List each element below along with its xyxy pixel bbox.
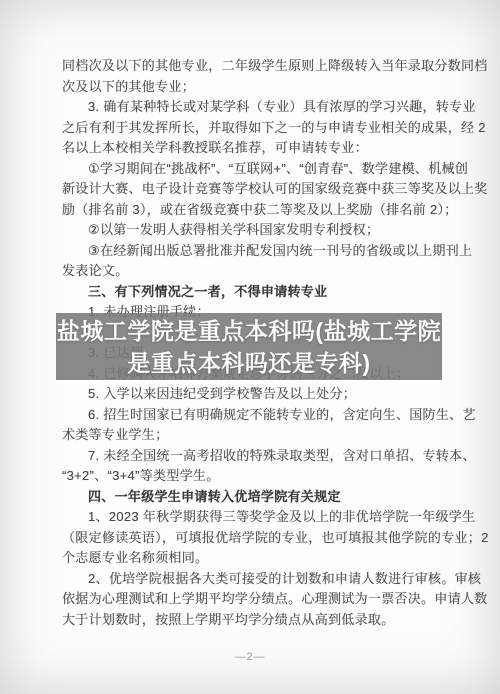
doc-line: 3. 确有某种特长或对某学科（专业）具有浓厚的学习兴趣，转专业	[62, 97, 458, 118]
doc-line: 依据为心理测试和上学期平均学分绩点。心理测试为一票否决。申请人数	[62, 589, 458, 610]
doc-line: 个志愿专业名称须相同。	[62, 548, 458, 569]
page-number: —2—	[0, 651, 500, 663]
doc-line: 励（排名前 3），或在省级竞赛中获二等奖及以上奖励（排名前 2）；	[62, 200, 458, 221]
doc-line: ③在经新闻出版总署批准并配发国内统一刊号的省级或以上期刊上	[62, 241, 458, 262]
overlay-title-line1: 盐城工学院是重点本科吗(盐城工学院	[57, 315, 441, 347]
doc-line: 1、2023 年秋学期获得三等奖学金及以上的非优培学院一年级学生	[62, 507, 458, 528]
document-scan: 同档次及以下的其他专业，二年级学生原则上降级转入当年录取分数同档 次及以下的其他…	[0, 0, 500, 694]
doc-line: 同档次及以下的其他专业，二年级学生原则上降级转入当年录取分数同档	[62, 56, 458, 77]
doc-line: 5. 入学以来因违纪受到学校警告及以上处分；	[62, 384, 458, 405]
section-heading-3: 三、有下列情况之一者，不得申请转专业	[62, 282, 458, 303]
doc-line: 6. 招生时国家已有明确规定不能转专业的，含定向生、国防生、艺	[62, 405, 458, 426]
doc-line: 次及以下的其他专业；	[62, 77, 458, 98]
doc-line: 新设计大赛、电子设计竞赛等学校认可的国家级竞赛中获三等奖及以上奖	[62, 179, 458, 200]
doc-line: 2、优培学院根据各大类可接受的计划数和申请人数进行审核。审核	[62, 569, 458, 590]
doc-line: 术类等专业学生；	[62, 425, 458, 446]
doc-line: （限定修读英语），可填报优培学院的专业，也可填报其他学院的专业；2	[62, 528, 458, 549]
doc-line: “3+2”、“3+4”等类型学生。	[62, 466, 458, 487]
doc-line: 之后有利于其发挥所长，并取得如下之一的与申请专业相关的成果，经 2	[62, 118, 458, 139]
doc-line: 发表论文。	[62, 261, 458, 282]
doc-line: 7. 未经全国统一高考招收的特殊录取类型，含对口单招、专转本、	[62, 446, 458, 467]
overlay-title-line2: 是重点本科吗还是专科)	[127, 347, 370, 379]
doc-line: 名以上本校相关学科教授联名推荐，可申请转专业：	[62, 138, 458, 159]
doc-line: ①学习期间在“挑战杯”、“互联网+”、“创青春”、数学建模、机械创	[62, 159, 458, 180]
doc-line: 大于计划数时，按照上学期平均学分绩点从高到低录取。	[62, 610, 458, 631]
overlay-banner: 盐城工学院是重点本科吗(盐城工学院 是重点本科吗还是专科)	[56, 313, 442, 380]
section-heading-4: 四、一年级学生申请转入优培学院有关规定	[62, 487, 458, 508]
doc-line: ②以第一发明人获得相关学科国家发明专利授权；	[62, 220, 458, 241]
